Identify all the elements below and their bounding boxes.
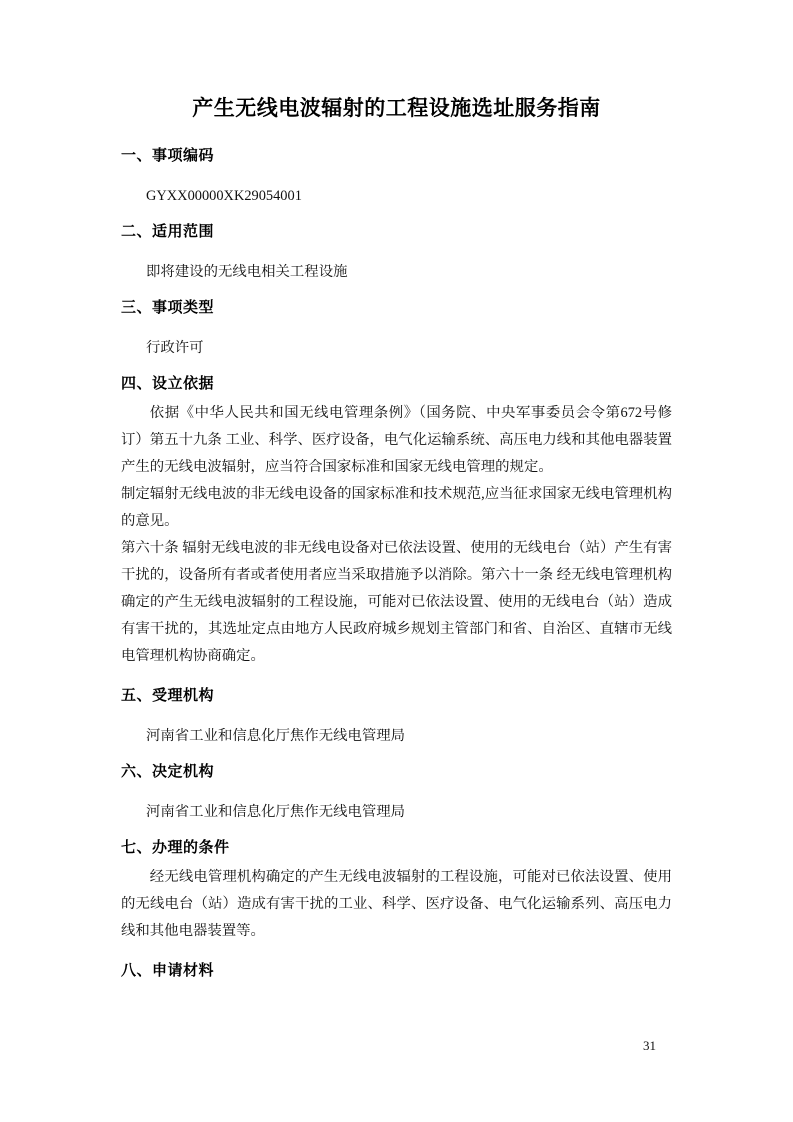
section-heading: 三、事项类型 bbox=[121, 298, 672, 318]
legal-basis-paragraphs: 依据《中华人民共和国无线电管理条例》（国务院、中央军事委员会令第672号修订）第… bbox=[121, 400, 672, 670]
section-value: GYXX00000XK29054001 bbox=[121, 186, 672, 206]
conditions-paragraphs: 经无线电管理机构确定的产生无线电波辐射的工程设施，可能对已依法设置、使用的无线电… bbox=[121, 864, 672, 945]
section-paragraph: 第六十条 辐射无线电波的非无线电设备对已依法设置、使用的无线电台（站）产生有害干… bbox=[121, 535, 672, 670]
section-item-code: 一、事项编码 GYXX00000XK29054001 bbox=[121, 146, 672, 206]
section-heading: 七、办理的条件 bbox=[121, 838, 672, 858]
section-value: 即将建设的无线电相关工程设施 bbox=[121, 262, 672, 282]
section-heading: 一、事项编码 bbox=[121, 146, 672, 166]
section-heading: 二、适用范围 bbox=[121, 222, 672, 242]
section-value: 行政许可 bbox=[121, 338, 672, 358]
section-heading: 八、申请材料 bbox=[121, 961, 672, 981]
section-heading: 五、受理机构 bbox=[121, 686, 672, 706]
section-conditions: 七、办理的条件 经无线电管理机构确定的产生无线电波辐射的工程设施，可能对已依法设… bbox=[121, 838, 672, 945]
section-item-type: 三、事项类型 行政许可 bbox=[121, 298, 672, 358]
section-scope: 二、适用范围 即将建设的无线电相关工程设施 bbox=[121, 222, 672, 282]
section-application-materials: 八、申请材料 bbox=[121, 961, 672, 981]
section-deciding-authority: 六、决定机构 河南省工业和信息化厅焦作无线电管理局 bbox=[121, 762, 672, 822]
section-paragraph: 依据《中华人民共和国无线电管理条例》（国务院、中央军事委员会令第672号修订）第… bbox=[121, 400, 672, 481]
section-value: 河南省工业和信息化厅焦作无线电管理局 bbox=[121, 802, 672, 822]
page-title: 产生无线电波辐射的工程设施选址服务指南 bbox=[121, 97, 672, 121]
section-value: 河南省工业和信息化厅焦作无线电管理局 bbox=[121, 726, 672, 746]
section-heading: 六、决定机构 bbox=[121, 762, 672, 782]
section-accepting-authority: 五、受理机构 河南省工业和信息化厅焦作无线电管理局 bbox=[121, 686, 672, 746]
section-heading: 四、设立依据 bbox=[121, 374, 672, 394]
page-number: 31 bbox=[643, 1038, 656, 1054]
document-page: 产生无线电波辐射的工程设施选址服务指南 一、事项编码 GYXX00000XK29… bbox=[0, 0, 793, 1122]
section-paragraph: 制定辐射无线电波的非无线电设备的国家标准和技术规范,应当征求国家无线电管理机构的… bbox=[121, 481, 672, 535]
section-paragraph: 经无线电管理机构确定的产生无线电波辐射的工程设施，可能对已依法设置、使用的无线电… bbox=[121, 864, 672, 945]
section-legal-basis: 四、设立依据 依据《中华人民共和国无线电管理条例》（国务院、中央军事委员会令第6… bbox=[121, 374, 672, 670]
